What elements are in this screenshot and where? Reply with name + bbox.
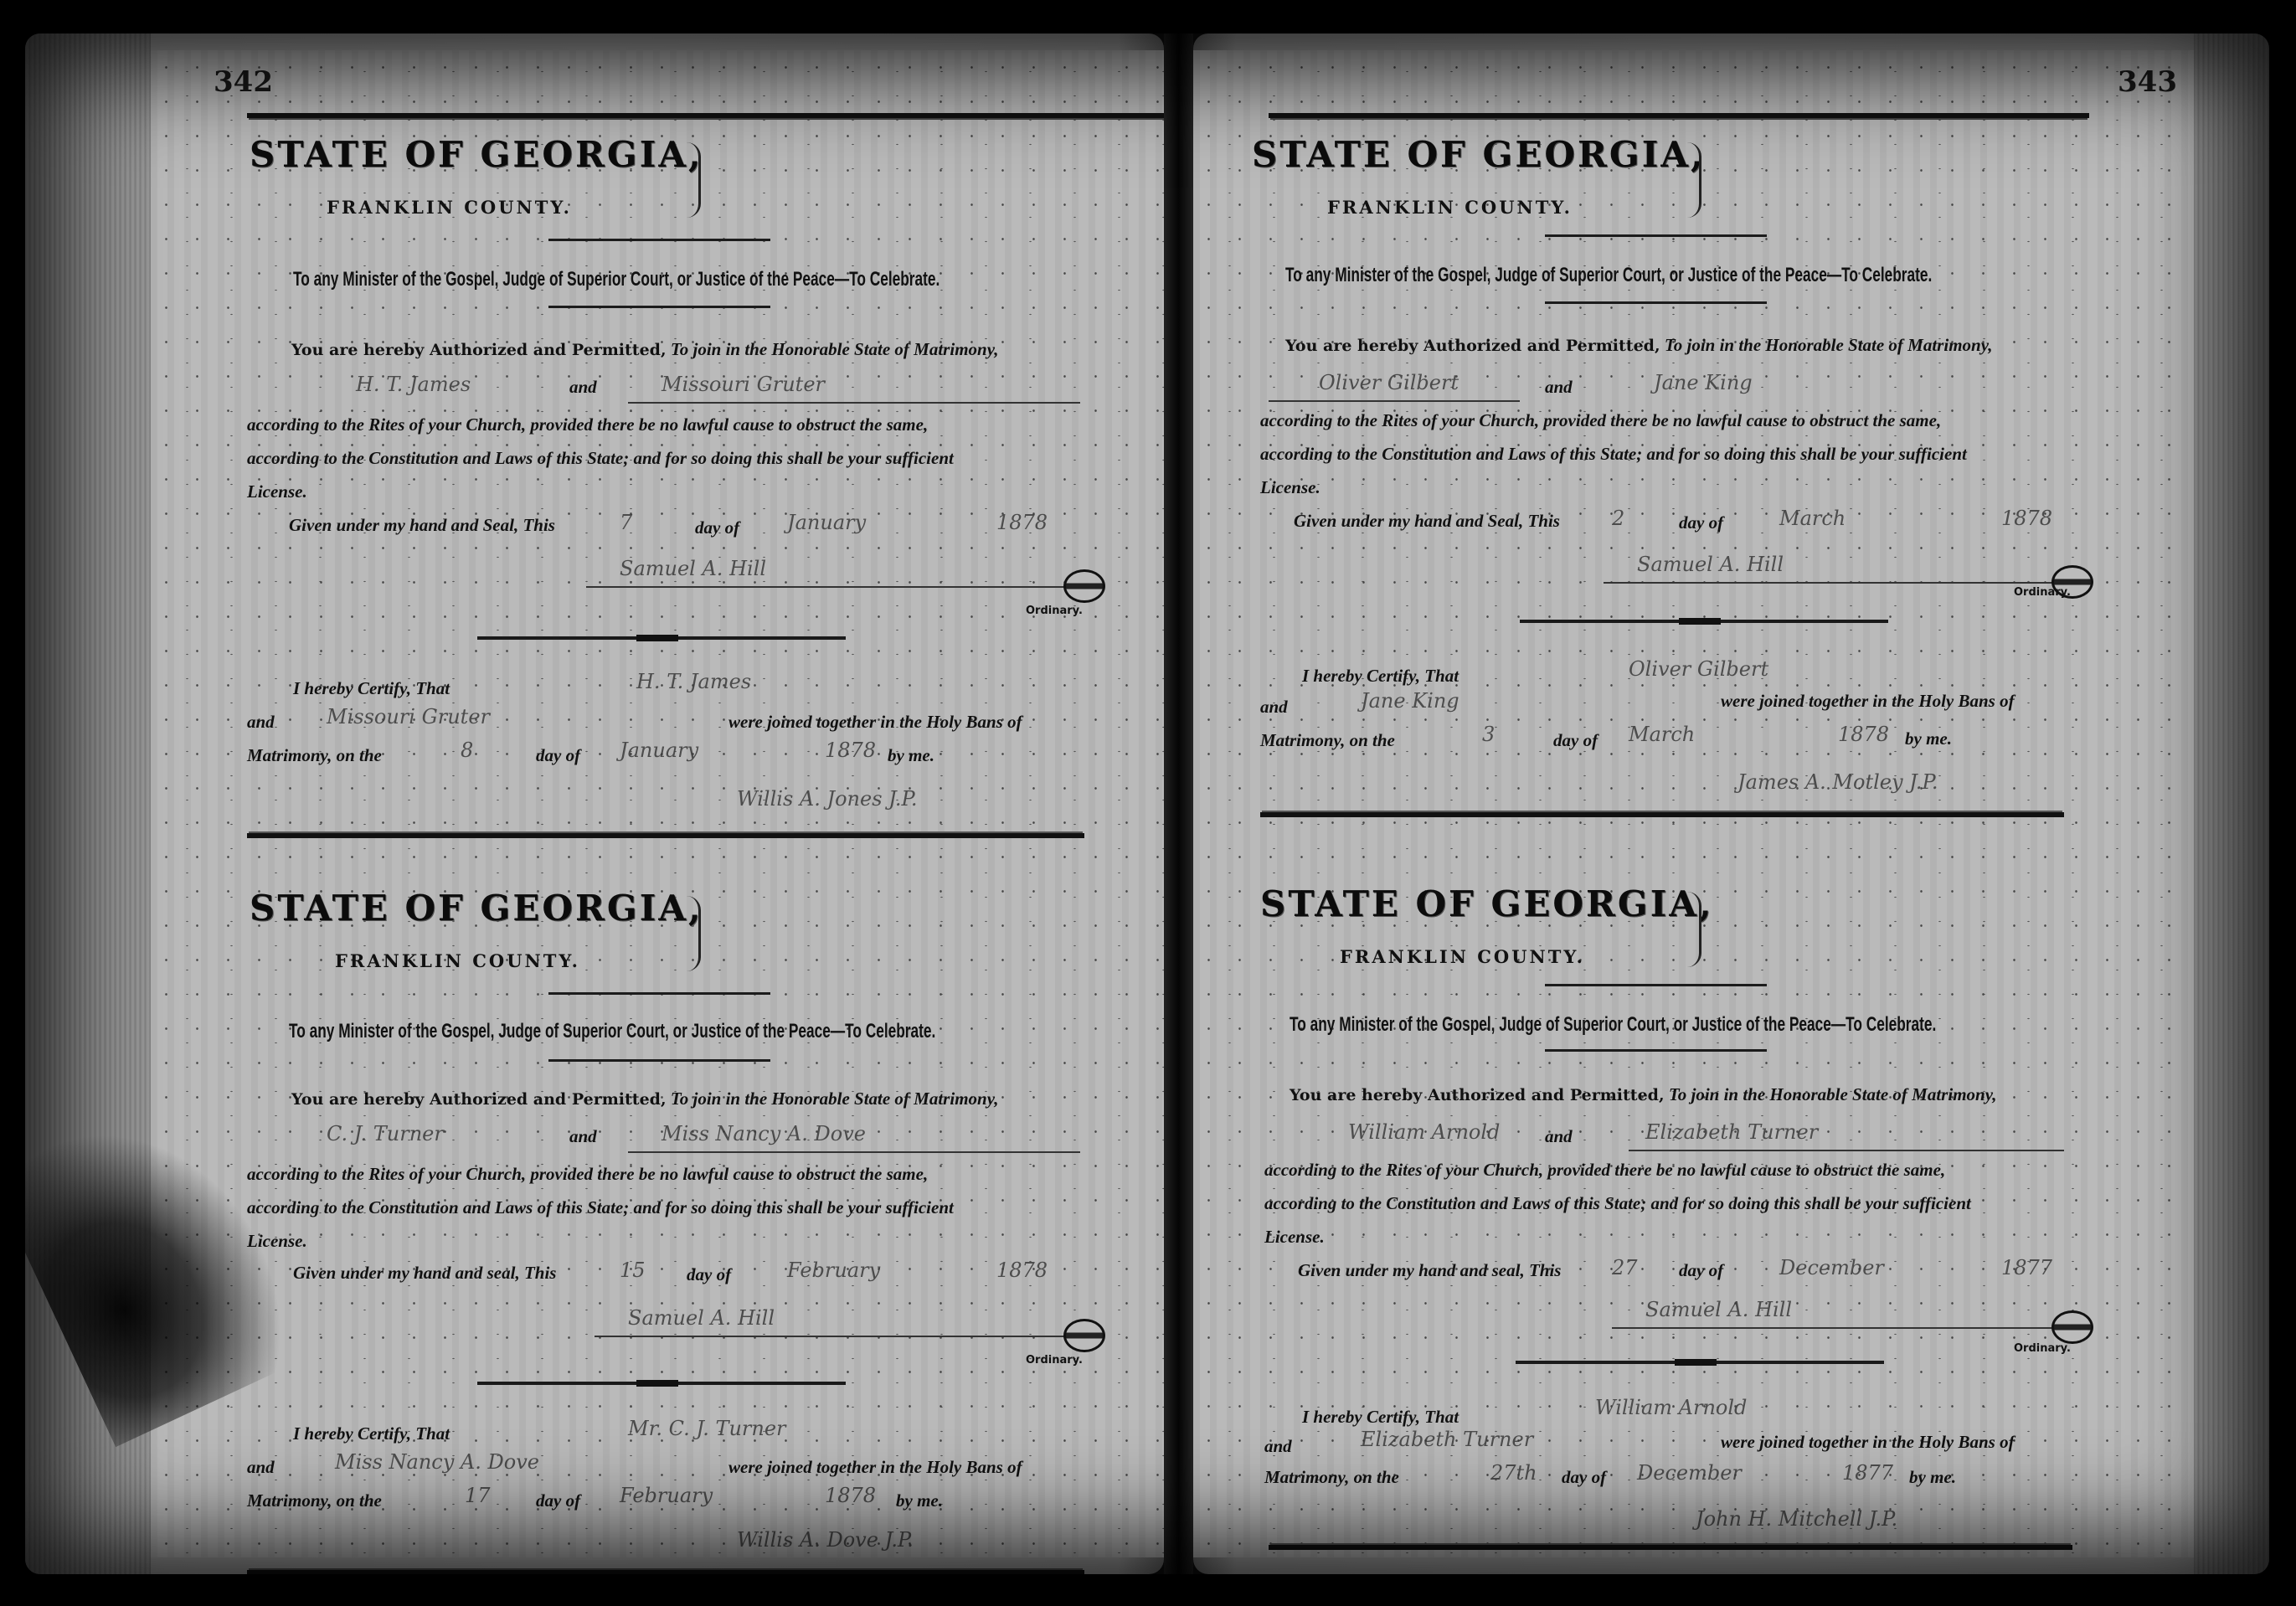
certify-groom: William Arnold bbox=[1595, 1396, 1747, 1419]
groom-name: C. J. Turner bbox=[327, 1122, 444, 1145]
groom-name: H. T. James bbox=[356, 373, 471, 396]
ordinary-label: Ordinary. bbox=[1026, 1354, 1083, 1367]
officiant-signature: Willis A. Jones J.P. bbox=[737, 787, 917, 811]
divider bbox=[548, 239, 770, 241]
given-label: Given under my hand and Seal, This bbox=[289, 515, 555, 536]
divider bbox=[1545, 234, 1767, 237]
officiant-signature: John H. Mitchell J.P. bbox=[1696, 1507, 1897, 1531]
officiant-signature: James A. Motley J.P. bbox=[1737, 770, 1938, 794]
by-me-label: by me. bbox=[888, 745, 934, 766]
signature-line bbox=[586, 586, 1068, 588]
left-page: 342 STATE OF GEORGIA, FRANKLIN COUNTY. T… bbox=[25, 33, 1164, 1574]
certify-and-label: and bbox=[247, 712, 275, 733]
given-day: 15 bbox=[620, 1259, 646, 1282]
divider bbox=[548, 1059, 770, 1062]
married-month: March bbox=[1629, 723, 1695, 746]
bride-name: Jane King bbox=[1654, 371, 1753, 394]
given-month: December bbox=[1779, 1256, 1884, 1279]
by-me-label: by me. bbox=[896, 1490, 943, 1511]
joined-text: were joined together in the Holy Bans of bbox=[728, 712, 1022, 733]
county-label: FRANKLIN COUNTY. bbox=[1327, 197, 1573, 218]
married-day-of-label: day of bbox=[536, 1490, 580, 1511]
ordinary-signature: Samuel A. Hill bbox=[628, 1306, 775, 1330]
constitution-line: according to the Constitution and Laws o… bbox=[247, 448, 954, 469]
given-day: 2 bbox=[1612, 507, 1624, 530]
left-sheet: 342 STATE OF GEORGIA, FRANKLIN COUNTY. T… bbox=[151, 50, 1164, 1557]
certify-bride: Missouri Gruter bbox=[327, 705, 490, 728]
matrimony-label: Matrimony, on the bbox=[1264, 1467, 1399, 1488]
page-number: 342 bbox=[214, 65, 273, 99]
seal-icon bbox=[1063, 1319, 1105, 1352]
county-label: FRANKLIN COUNTY. bbox=[335, 950, 580, 971]
brace bbox=[687, 142, 701, 218]
certify-label: I hereby Certify, That bbox=[1302, 1407, 1459, 1428]
ledger-book: 342 STATE OF GEORGIA, FRANKLIN COUNTY. T… bbox=[25, 33, 2269, 1574]
groom-name: William Arnold bbox=[1348, 1120, 1500, 1144]
ordinary-label: Ordinary. bbox=[2014, 586, 2071, 599]
certify-and-label: and bbox=[247, 1457, 275, 1478]
given-label: Given under my hand and Seal, This bbox=[1294, 511, 1560, 532]
matrimony-label: Matrimony, on the bbox=[247, 745, 382, 766]
by-me-label: by me. bbox=[1909, 1467, 1956, 1488]
groom-name: Oliver Gilbert bbox=[1319, 371, 1459, 394]
married-year: 1878 bbox=[1838, 723, 1889, 746]
constitution-line: according to the Constitution and Laws o… bbox=[1264, 1193, 1971, 1214]
ordinary-label: Ordinary. bbox=[1026, 605, 1083, 617]
divider bbox=[548, 306, 770, 308]
married-day: 8 bbox=[461, 739, 473, 762]
and-label: and bbox=[569, 1126, 597, 1147]
married-month: January bbox=[620, 739, 698, 762]
certify-and-label: and bbox=[1260, 697, 1288, 718]
section-divider bbox=[1520, 620, 1888, 623]
and-label: and bbox=[1545, 1126, 1573, 1147]
married-day-of-label: day of bbox=[1553, 730, 1598, 751]
certify-and-label: and bbox=[1264, 1436, 1292, 1457]
section-divider bbox=[477, 636, 846, 640]
married-year: 1878 bbox=[825, 1484, 876, 1507]
marriage-record: STATE OF GEORGIA, FRANKLIN COUNTY. To an… bbox=[1193, 134, 2194, 854]
name-line bbox=[1269, 400, 1520, 402]
brace bbox=[687, 896, 701, 971]
license-label: License. bbox=[1264, 1227, 1325, 1248]
matrimony-label: Matrimony, on the bbox=[1260, 730, 1395, 751]
county-label: FRANKLIN COUNTY. bbox=[327, 197, 572, 218]
day-of-label: day of bbox=[1679, 1260, 1723, 1281]
rites-line: according to the Rites of your Church, p… bbox=[247, 414, 928, 435]
day-of-label: day of bbox=[695, 517, 739, 538]
day-of-label: day of bbox=[687, 1264, 731, 1285]
authorization-line: You are hereby Authorized and Permitted,… bbox=[291, 339, 999, 360]
certify-groom: H. T. James bbox=[636, 670, 751, 693]
given-month: January bbox=[787, 511, 866, 534]
state-title: STATE OF GEORGIA, bbox=[250, 134, 703, 175]
officiant-signature: Willis A. Dove J.P. bbox=[737, 1528, 914, 1552]
book-gutter bbox=[1164, 33, 1193, 1574]
certify-label: I hereby Certify, That bbox=[293, 678, 450, 699]
right-page: 343 STATE OF GEORGIA, FRANKLIN COUNTY. T… bbox=[1193, 33, 2269, 1574]
top-rule bbox=[1269, 113, 2089, 118]
record-bottom-rule bbox=[1269, 1545, 2072, 1550]
given-day: 27 bbox=[1612, 1256, 1638, 1279]
section-divider bbox=[1516, 1361, 1884, 1364]
day-of-label: day of bbox=[1679, 512, 1723, 533]
divider bbox=[548, 992, 770, 995]
record-bottom-rule bbox=[247, 833, 1084, 838]
state-title: STATE OF GEORGIA, bbox=[1260, 883, 1714, 924]
name-line bbox=[1629, 1150, 2064, 1151]
certify-groom: Oliver Gilbert bbox=[1629, 657, 1768, 681]
certify-bride: Elizabeth Turner bbox=[1361, 1428, 1533, 1451]
given-year: 1877 bbox=[2001, 1256, 2052, 1279]
married-month: December bbox=[1637, 1461, 1742, 1485]
top-rule bbox=[247, 113, 1164, 118]
addressee-line: To any Minister of the Gospel, Judge of … bbox=[289, 1020, 935, 1043]
given-month: March bbox=[1779, 507, 1846, 530]
certify-bride: Miss Nancy A. Dove bbox=[335, 1450, 539, 1474]
license-label: License. bbox=[1260, 477, 1320, 498]
right-sheet: 343 STATE OF GEORGIA, FRANKLIN COUNTY. T… bbox=[1193, 50, 2194, 1557]
brace bbox=[1687, 142, 1701, 218]
given-year: 1878 bbox=[996, 1259, 1048, 1282]
and-label: and bbox=[569, 377, 597, 398]
bride-name: Miss Nancy A. Dove bbox=[662, 1122, 866, 1145]
brace bbox=[1687, 892, 1701, 967]
and-label: and bbox=[1545, 377, 1573, 398]
married-day: 17 bbox=[465, 1484, 491, 1507]
marriage-record: STATE OF GEORGIA, FRANKLIN COUNTY. To an… bbox=[1193, 883, 2194, 1574]
married-day-of-label: day of bbox=[1562, 1467, 1606, 1488]
signature-line bbox=[1604, 582, 2056, 584]
given-label: Given under my hand and seal, This bbox=[1298, 1260, 1561, 1281]
license-label: License. bbox=[247, 481, 307, 502]
signature-line bbox=[1612, 1327, 2056, 1329]
state-title: STATE OF GEORGIA, bbox=[1252, 134, 1706, 175]
authorization-line: You are hereby Authorized and Permitted,… bbox=[291, 1089, 999, 1109]
rites-line: according to the Rites of your Church, p… bbox=[1260, 410, 1941, 431]
signature-line bbox=[595, 1336, 1068, 1337]
divider bbox=[1545, 984, 1767, 986]
given-year: 1878 bbox=[2001, 507, 2052, 530]
bride-name: Missouri Gruter bbox=[662, 373, 825, 396]
name-line bbox=[628, 1151, 1080, 1153]
rites-line: according to the Rites of your Church, p… bbox=[247, 1164, 928, 1185]
authorization-line: You are hereby Authorized and Permitted,… bbox=[1290, 1084, 1997, 1105]
matrimony-label: Matrimony, on the bbox=[247, 1490, 382, 1511]
certify-label: I hereby Certify, That bbox=[1302, 666, 1459, 687]
constitution-line: according to the Constitution and Laws o… bbox=[1260, 444, 1967, 465]
divider bbox=[1545, 1049, 1767, 1052]
married-day: 27th bbox=[1490, 1461, 1537, 1485]
certify-bride: Jane King bbox=[1361, 689, 1459, 713]
joined-text: were joined together in the Holy Bans of bbox=[1721, 691, 2015, 712]
married-year: 1877 bbox=[1842, 1461, 1893, 1485]
married-year: 1878 bbox=[825, 739, 876, 762]
given-year: 1878 bbox=[996, 511, 1048, 534]
page-number: 343 bbox=[2118, 65, 2177, 99]
authorization-line: You are hereby Authorized and Permitted,… bbox=[1285, 335, 1993, 356]
ordinary-label: Ordinary. bbox=[2014, 1342, 2071, 1355]
addressee-line: To any Minister of the Gospel, Judge of … bbox=[293, 268, 940, 291]
ordinary-signature: Samuel A. Hill bbox=[1637, 553, 1784, 576]
divider bbox=[1545, 301, 1767, 304]
given-day: 7 bbox=[620, 511, 632, 534]
state-title: STATE OF GEORGIA, bbox=[250, 888, 703, 929]
rites-line: according to the Rites of your Church, p… bbox=[1264, 1160, 1945, 1181]
given-month: February bbox=[787, 1259, 880, 1282]
record-bottom-rule bbox=[247, 1570, 1084, 1574]
bride-name: Elizabeth Turner bbox=[1645, 1120, 1818, 1144]
addressee-line: To any Minister of the Gospel, Judge of … bbox=[1285, 264, 1932, 287]
page-edges bbox=[2194, 33, 2269, 1574]
married-day-of-label: day of bbox=[536, 745, 580, 766]
married-day: 3 bbox=[1482, 723, 1495, 746]
seal-icon bbox=[1063, 569, 1105, 603]
constitution-line: according to the Constitution and Laws o… bbox=[247, 1197, 954, 1218]
section-divider bbox=[477, 1382, 846, 1385]
by-me-label: by me. bbox=[1905, 728, 1952, 749]
name-line bbox=[628, 402, 1080, 404]
marriage-record: STATE OF GEORGIA, FRANKLIN COUNTY. To an… bbox=[151, 134, 1164, 854]
given-label: Given under my hand and seal, This bbox=[293, 1263, 556, 1284]
ordinary-signature: Samuel A. Hill bbox=[1645, 1298, 1792, 1321]
ordinary-signature: Samuel A. Hill bbox=[620, 557, 766, 580]
county-label: FRANKLIN COUNTY. bbox=[1340, 946, 1585, 967]
marriage-record: STATE OF GEORGIA, FRANKLIN COUNTY. To an… bbox=[151, 888, 1164, 1574]
joined-text: were joined together in the Holy Bans of bbox=[1721, 1432, 2015, 1453]
seal-icon bbox=[2051, 1310, 2093, 1344]
joined-text: were joined together in the Holy Bans of bbox=[728, 1457, 1022, 1478]
addressee-line: To any Minister of the Gospel, Judge of … bbox=[1290, 1013, 1936, 1037]
record-bottom-rule bbox=[1260, 812, 2064, 817]
certify-groom: Mr. C. J. Turner bbox=[628, 1417, 786, 1440]
certify-label: I hereby Certify, That bbox=[293, 1423, 450, 1444]
married-month: February bbox=[620, 1484, 713, 1507]
